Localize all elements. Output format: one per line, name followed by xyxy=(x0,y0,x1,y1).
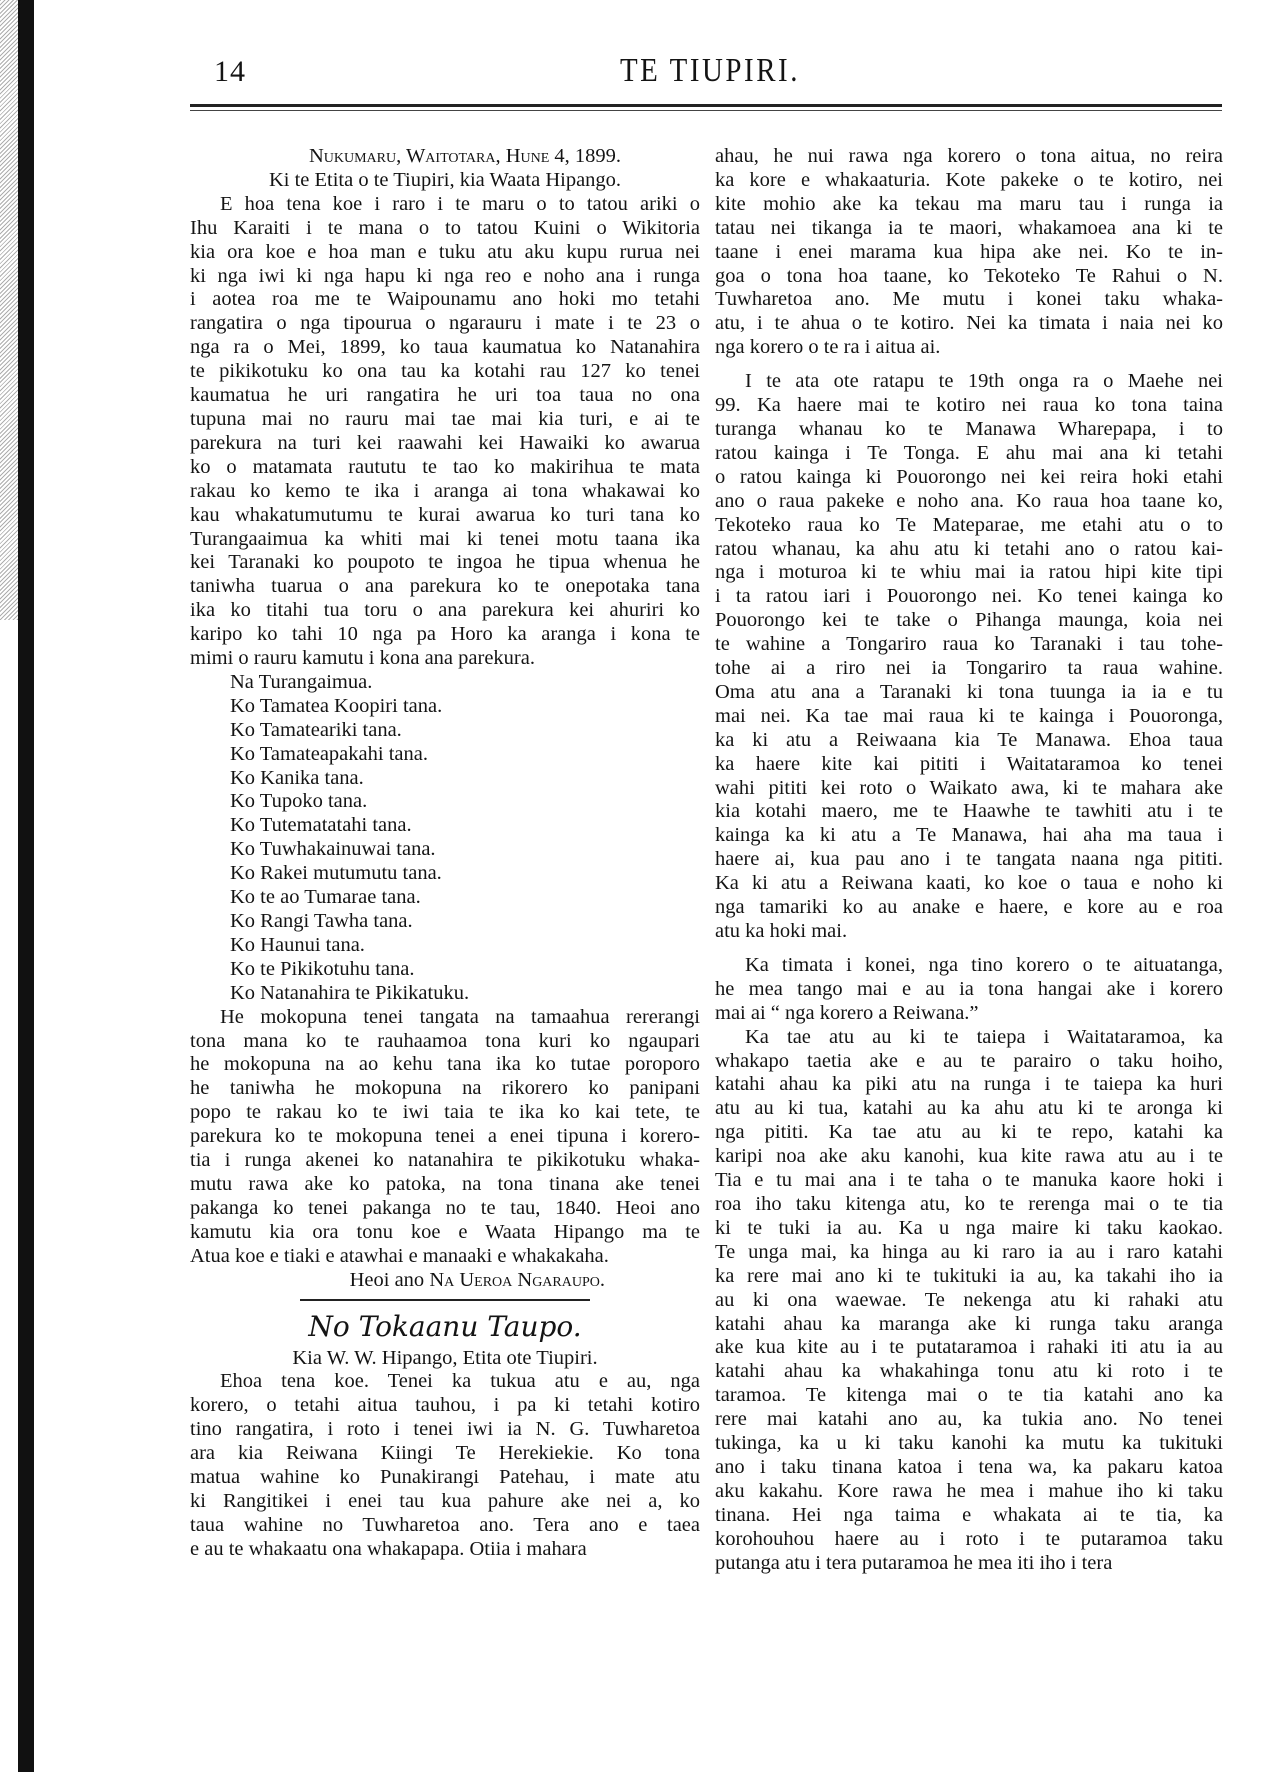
text-line: ki Rangitikei i enei tau kua pahure ake … xyxy=(190,1490,700,1514)
text-line: karipo ko tahi 10 nga pa Horo ka aranga … xyxy=(190,623,700,647)
text-line: ratou kainga i Te Tonga. E ahu mai ana k… xyxy=(715,442,1223,466)
text-line: Atua koe e tiaki e atawhai e manaaki e w… xyxy=(190,1245,700,1269)
text-line: Tuwharetoa ano. Me mutu i konei taku wha… xyxy=(715,288,1223,312)
text-line: te pikikotuku ko ona tau ka kotahi rau 1… xyxy=(190,360,700,384)
list-item: Ko Tuwhakainuwai tana. xyxy=(190,838,700,862)
text-line: tatau nei tikanga ia te maori, whakamoea… xyxy=(715,217,1223,241)
text-line: nga pititi. Ka tae atu au ki te repo, ka… xyxy=(715,1121,1223,1145)
text-line: 99. Ka haere mai te kotiro nei raua ko t… xyxy=(715,394,1223,418)
text-line: ka kore e whakaaturia. Kote pakeke o te … xyxy=(715,169,1223,193)
text-line: ano i taku tinana katoa i tena wa, ka pa… xyxy=(715,1456,1223,1480)
dateline: Nukumaru, Waitotara, Hune 4, 1899. xyxy=(190,145,700,169)
list-item: Na Turangaimua. xyxy=(190,671,700,695)
text-line: Turangaaimua ka whiti mai ki tenei motu … xyxy=(190,528,700,552)
signature: Heoi ano Na Ueroa Ngaraupo. xyxy=(190,1269,700,1293)
text-line: he mokopuna na ao kehu tana ika ko tutae… xyxy=(190,1053,700,1077)
text-line: parekura na turi kei raawahi kei Hawaiki… xyxy=(190,432,700,456)
text-line: kia ora koe e hoa man e tuku atu aku kup… xyxy=(190,241,700,265)
section-divider xyxy=(300,1299,590,1301)
text-line: tupuna mai no rauru mai tae mai kia turi… xyxy=(190,408,700,432)
text-line: rakau ko kemo te ika i aranga ai tona wh… xyxy=(190,480,700,504)
text-line: karipi noa ake aku kanohi, kua kite rawa… xyxy=(715,1145,1223,1169)
text-line: ake kua kite au i te putataramoa i rahak… xyxy=(715,1336,1223,1360)
list-item: Ko Tamateapakahi tana. xyxy=(190,743,700,767)
text-line: Tekoteko raua ko Te Mateparae, me etahi … xyxy=(715,514,1223,538)
paragraph-gap xyxy=(715,360,1223,370)
text-line: Ka tae atu au ki te taiepa i Waitataramo… xyxy=(715,1026,1223,1050)
text-line: nga ra o Mei, 1899, ko taua kaumatua ko … xyxy=(190,336,700,360)
right-para-4: Ka tae atu au ki te taiepa i Waitataramo… xyxy=(715,1026,1223,1576)
text-line: ka haere kite kai pititi i Waitataramoa … xyxy=(715,753,1223,777)
header-rule xyxy=(190,104,1222,107)
text-line: kamutu kia ora tonu koe e Waata Hipango … xyxy=(190,1221,700,1245)
right-column: ahau, he nui rawa nga korero o tona aitu… xyxy=(715,145,1223,1575)
list-item: Ko Natanahira te Pikikatuku. xyxy=(190,982,700,1006)
scan-edge-noise xyxy=(0,0,18,620)
text-line: popo te rakau ko te iwi taia te ika ko k… xyxy=(190,1101,700,1125)
text-line: He mokopuna tenei tangata na tamaahua re… xyxy=(190,1006,700,1030)
text-line: te wahine a Tongariro raua ko Taranaki i… xyxy=(715,633,1223,657)
text-line: goa o tona hoa taane, ko Tekoteko Te Rah… xyxy=(715,265,1223,289)
text-line: atu au ki tua, katahi au ka ahu atu ki t… xyxy=(715,1097,1223,1121)
text-line: tona mana ko te rauhaamoa tona kuri ko n… xyxy=(190,1030,700,1054)
text-line: i ta ratou iari i Pouorongo nei. Ko tene… xyxy=(715,585,1223,609)
text-line: katahi ahau ka whakahinga tonu atu ki ro… xyxy=(715,1360,1223,1384)
article-title: No Tokaanu Taupo. xyxy=(190,1307,700,1347)
text-line: ka rere mai ano ki te tukituki ia au, ka… xyxy=(715,1265,1223,1289)
text-line: Ehoa tena koe. Tenei ka tukua atu e au, … xyxy=(190,1370,700,1394)
text-line: ano o raua pakeke e noho ana. Ko raua ho… xyxy=(715,490,1223,514)
right-para-1: ahau, he nui rawa nga korero o tona aitu… xyxy=(715,145,1223,360)
list-item: Ko Kanika tana. xyxy=(190,767,700,791)
text-line: he taniwha he mokopuna na rikorero ko pa… xyxy=(190,1077,700,1101)
text-line: nga i moturoa ki te whiu mai ia ratou hi… xyxy=(715,561,1223,585)
header-rule-thin xyxy=(190,110,1222,111)
text-line: Te unga mai, ka hinga au ki raro ia au i… xyxy=(715,1241,1223,1265)
text-line: ratou whanau, ka ahu atu ki tetahi ano o… xyxy=(715,538,1223,562)
text-line: kainga ka ki atu a Te Manawa, hai aha ma… xyxy=(715,824,1223,848)
text-line: Ka ki atu a Reiwana kaati, ko koe o taua… xyxy=(715,872,1223,896)
list-item: Ko Tupoko tana. xyxy=(190,790,700,814)
text-line: tia i runga akenei ko natanahira te piki… xyxy=(190,1149,700,1173)
page-number: 14 xyxy=(214,55,246,89)
text-line: katahi ahau ka piki atu na runga i te ta… xyxy=(715,1073,1223,1097)
text-line: taua wahine no Tuwharetoa ano. Tera ano … xyxy=(190,1514,700,1538)
text-line: ika ko titahi tua toru o ana parekura ke… xyxy=(190,599,700,623)
text-line: parekura ko te mokopuna tenei a enei tip… xyxy=(190,1125,700,1149)
text-line: kaumatua he uri rangatira he uri toa tau… xyxy=(190,384,700,408)
text-line: mimi o rauru kamutu i kona ana parekura. xyxy=(190,647,700,671)
text-line: ahau, he nui rawa nga korero o tona aitu… xyxy=(715,145,1223,169)
text-line: matua wahine ko Punakirangi Patehau, i m… xyxy=(190,1466,700,1490)
text-line: whakapo taetia ake e au te parairo o tak… xyxy=(715,1050,1223,1074)
list-item: Ko Tutematatahi tana. xyxy=(190,814,700,838)
salutation: Ki te Etita o te Tiupiri, kia Waata Hipa… xyxy=(190,169,700,193)
letter2-salutation: Kia W. W. Hipango, Etita ote Tiupiri. xyxy=(190,1347,700,1371)
text-line: taniwha tuarua o ana parekura ko te onep… xyxy=(190,575,700,599)
text-line: mai nei. Ka tae mai raua ki te kainga i … xyxy=(715,705,1223,729)
text-line: taane i enei marama kua hipa ake nei. Ko… xyxy=(715,241,1223,265)
text-line: I te ata ote ratapu te 19th onga ra o Ma… xyxy=(715,370,1223,394)
left-column: Nukumaru, Waitotara, Hune 4, 1899. Ki te… xyxy=(190,145,700,1562)
text-line: Ka timata i konei, nga tino korero o te … xyxy=(715,954,1223,978)
text-line: roa iho taku kitenga atu, ko te rerenga … xyxy=(715,1193,1223,1217)
letter1-body: E hoa tena koe i raro i te maru o to tat… xyxy=(190,193,700,671)
text-line: e au te whakaatu ona whakapapa. Otiia i … xyxy=(190,1538,700,1562)
text-line: o ratou kainga ki Pouorongo nei kei reir… xyxy=(715,466,1223,490)
text-line: tinana. Hei nga taima e whakata ai te ti… xyxy=(715,1504,1223,1528)
text-line: wahi pititi kei roto o Waikato awa, ki t… xyxy=(715,777,1223,801)
text-line: ko o matamata raututu te tao ko makirihu… xyxy=(190,456,700,480)
page-binding-edge xyxy=(18,0,34,1772)
right-para-2: I te ata ote ratapu te 19th onga ra o Ma… xyxy=(715,370,1223,944)
text-line: atu, i te ahua o te kotiro. Nei ka timat… xyxy=(715,312,1223,336)
text-line: ki te tuki ia au. Ka u nga maire ki taku… xyxy=(715,1217,1223,1241)
text-line: kite mohio ake ka tekau ma maru tau i ru… xyxy=(715,193,1223,217)
text-line: kau whakatumutumu te kurai awarua ko tur… xyxy=(190,504,700,528)
text-line: putanga atu i tera putaramoa he mea iti … xyxy=(715,1552,1223,1576)
text-line: mai ai “ nga korero a Reiwana.” xyxy=(715,1002,1223,1026)
newspaper-title: TE TIUPIRI. xyxy=(532,52,889,90)
list-item: Ko Tamatea Koopiri tana. xyxy=(190,695,700,719)
text-line: au ki ona waewae. Te nekenga atu ki raha… xyxy=(715,1289,1223,1313)
list-item: Ko te ao Tumarae tana. xyxy=(190,886,700,910)
genealogy-list: Na Turangaimua.Ko Tamatea Koopiri tana.K… xyxy=(190,671,700,1006)
right-para-3: Ka timata i konei, nga tino korero o te … xyxy=(715,954,1223,1026)
text-line: Oma atu ana a Taranaki ki tona tuunga ia… xyxy=(715,681,1223,705)
text-line: korohouhou haere au i roto i te putaramo… xyxy=(715,1528,1223,1552)
text-line: atu ka hoki mai. xyxy=(715,920,1223,944)
list-item: Ko Rangi Tawha tana. xyxy=(190,910,700,934)
text-line: katahi ahau ka maranga ake ki runga taku… xyxy=(715,1313,1223,1337)
text-line: Pouorongo kei te take o Pihanga maunga, … xyxy=(715,609,1223,633)
text-line: E hoa tena koe i raro i te maru o to tat… xyxy=(190,193,700,217)
text-line: ka ki atu a Reiwaana kia Te Manawa. Ehoa… xyxy=(715,729,1223,753)
text-line: kei Taranaki ko poupoto te ingoa he tipu… xyxy=(190,551,700,575)
text-line: ki nga iwi ki nga hapu ki nga reo e noho… xyxy=(190,265,700,289)
text-line: turanga whanau ko te Manawa Wharepapa, i… xyxy=(715,418,1223,442)
text-line: nga tamariki ko au anake e haere, e kore… xyxy=(715,896,1223,920)
text-line: korero, o tetahi aitua tauhou, i pa ki t… xyxy=(190,1394,700,1418)
paragraph-gap xyxy=(715,944,1223,954)
text-line: kia kotahi maero, me te Haawhe te tawhit… xyxy=(715,800,1223,824)
text-line: mutu rawa ake ko patoka, na tona tinana … xyxy=(190,1173,700,1197)
text-line: nga korero o te ra i aitua ai. xyxy=(715,336,1223,360)
text-line: rangatira o nga tipourua o ngarauru i ma… xyxy=(190,312,700,336)
text-line: tino rangatira, i roto i tenei iwi ia N.… xyxy=(190,1418,700,1442)
text-line: aku kakahu. Kore rawa he mea i mahue iho… xyxy=(715,1480,1223,1504)
list-item: Ko te Pikikotuhu tana. xyxy=(190,958,700,982)
text-line: Ihu Karaiti i te mana o to tatou Kuini o… xyxy=(190,217,700,241)
text-line: ara kia Reiwana Kiingi Te Herekiekie. Ko… xyxy=(190,1442,700,1466)
list-item: Ko Rakei mutumutu tana. xyxy=(190,862,700,886)
list-item: Ko Haunui tana. xyxy=(190,934,700,958)
text-line: tukinga, ka u ki taku kanohi ka mutu ka … xyxy=(715,1432,1223,1456)
text-line: pakanga ko tenei pakanga no te tau, 1840… xyxy=(190,1197,700,1221)
text-line: taramoa. Te kitenga mai o te tia katahi … xyxy=(715,1384,1223,1408)
text-line: Tia e tu mai ana i te taha o te manuka k… xyxy=(715,1169,1223,1193)
text-line: i aotea roa me te Waipounamu ano hoki mo… xyxy=(190,288,700,312)
text-line: he mea tango mai e au ia tona hangai ake… xyxy=(715,978,1223,1002)
list-item: Ko Tamateariki tana. xyxy=(190,719,700,743)
signature-prefix: Heoi ano xyxy=(350,1269,425,1291)
letter2-body: Ehoa tena koe. Tenei ka tukua atu e au, … xyxy=(190,1370,700,1561)
letter1-closing: He mokopuna tenei tangata na tamaahua re… xyxy=(190,1006,700,1269)
signature-name: Na Ueroa Ngaraupo. xyxy=(429,1269,605,1291)
text-line: haere ai, kua pau ano i te tangata naana… xyxy=(715,848,1223,872)
text-line: tohe ai a riro nei ia Tongariro ta raua … xyxy=(715,657,1223,681)
text-line: rere mai katahi ano au, ka tukia ano. No… xyxy=(715,1408,1223,1432)
